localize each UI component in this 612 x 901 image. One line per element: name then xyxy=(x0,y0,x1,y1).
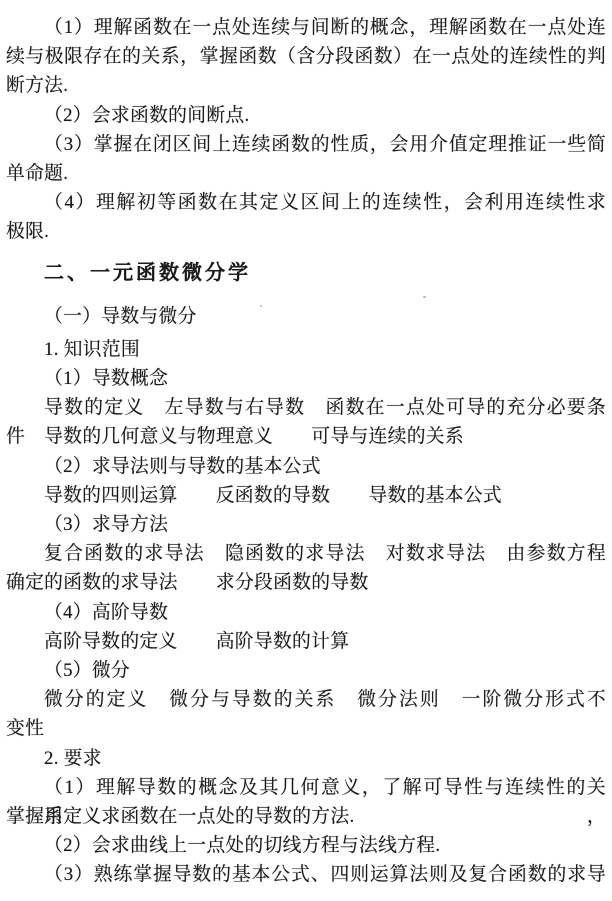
item1-line1: （1）理解函数在一点处连续与间断的概念，理解函数在一点处连 xyxy=(6,13,606,42)
item1-line3: 断方法. xyxy=(6,71,606,100)
topic-2-heading: （2）求导法则与导数的基本公式 xyxy=(6,452,606,481)
subsection-heading: （一）导数与微分 xyxy=(6,302,606,331)
item3-line1: （3）掌握在闭区间上连续函数的性质，会用介值定理推证一些简 xyxy=(6,130,606,159)
topic-5-terms-line1: 微分的定义 微分与导数的关系 微分法则 一阶微分形式不 xyxy=(6,685,606,714)
item4-line2: 极限. xyxy=(6,217,606,246)
scanned-page: （1）理解函数在一点处连续与间断的概念，理解函数在一点处连 续与极限存在的关系，… xyxy=(0,0,612,901)
topic-2-terms: 导数的四则运算 反函数的导数 导数的基本公式 xyxy=(6,481,606,510)
topic-4-terms: 高阶导数的定义 高阶导数的计算 xyxy=(6,627,606,656)
section-heading: 二、一元函数微分学 xyxy=(6,259,606,288)
topic-5-heading: （5）微分 xyxy=(6,656,606,685)
scan-speck xyxy=(423,296,426,298)
item3-line2: 单命题. xyxy=(6,159,606,188)
item4-line1: （4）理解初等函数在其定义区间上的连续性，会利用连续性求 xyxy=(6,188,606,217)
list-heading-requirements: 2. 要求 xyxy=(6,744,606,773)
item2-line1: （2）会求函数的间断点. xyxy=(6,101,606,130)
scan-speck xyxy=(260,305,262,307)
requirement-1-line1: （1）理解导数的概念及其几何意义，了解可导性与连续性的关系， xyxy=(6,773,606,802)
topic-3-terms-line1: 复合函数的求导法 隐函数的求导法 对数求导法 由参数方程 xyxy=(6,539,606,568)
item1-line2: 续与极限存在的关系，掌握函数（含分段函数）在一点处的连续性的判 xyxy=(6,42,606,71)
topic-4-heading: （4）高阶导数 xyxy=(6,598,606,627)
topic-1-heading: （1）导数概念 xyxy=(6,364,606,393)
topic-1-terms-line1: 导数的定义 左导数与右导数 函数在一点处可导的充分必要条 xyxy=(6,393,606,422)
topic-1-terms-line2: 件 导数的几何意义与物理意义 可导与连续的关系 xyxy=(6,422,606,451)
topic-3-heading: （3）求导方法 xyxy=(6,510,606,539)
requirement-2-line1: （2）会求曲线上一点处的切线方程与法线方程. xyxy=(6,831,606,860)
topic-5-terms-line2: 变性 xyxy=(6,714,606,743)
requirement-3-line1: （3）熟练掌握导数的基本公式、四则运算法则及复合函数的求导 xyxy=(6,860,606,889)
list-heading-knowledge-scope: 1. 知识范围 xyxy=(6,335,606,364)
topic-3-terms-line2: 确定的函数的求导法 求分段函数的导数 xyxy=(6,568,606,597)
